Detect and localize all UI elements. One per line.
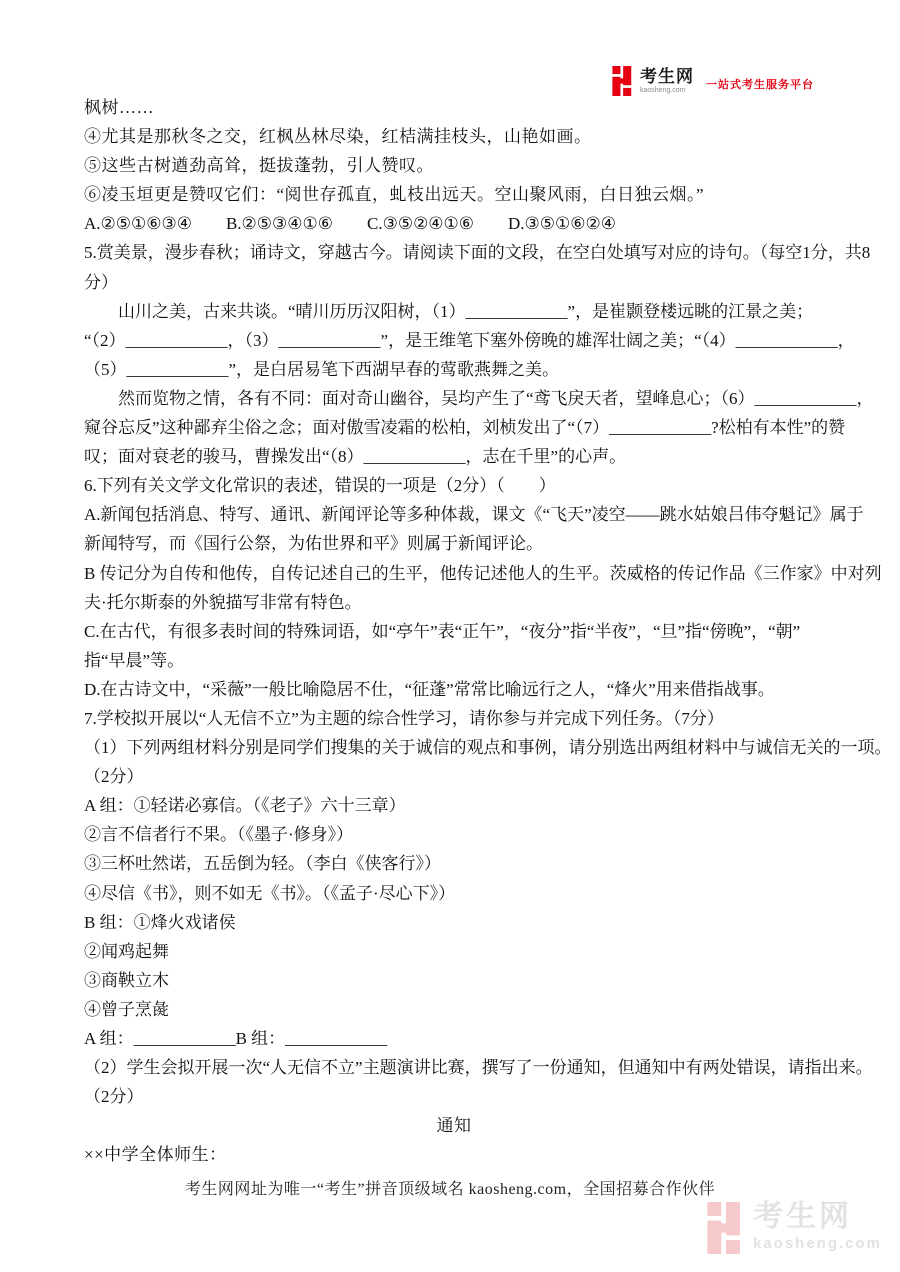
text-line: ④尤其是那秋冬之交，红枫丛林尽染，红桔满挂枝头，山艳如画。: [84, 122, 824, 151]
text-line: ④尽信《书》，则不如无《书》。（《孟子·尽心下》）: [84, 879, 824, 908]
text-line: （1）下列两组材料分别是同学们搜集的关于诚信的观点和事例，请分别选出两组材料中与…: [84, 733, 824, 762]
text-line: B 组：①烽火戏诸侯: [84, 908, 824, 937]
text-line: 窥谷忘反”这种鄙弃尘俗之念；面对傲雪凌霜的松柏，刘桢发出了“（7）_______…: [84, 413, 824, 442]
text-line: A 组：____________B 组：____________: [84, 1024, 824, 1053]
text-line: ②闻鸡起舞: [84, 937, 824, 966]
text-line: B 传记分为自传和他传，自传记述自己的生平，他传记述他人的生平。茨威格的传记作品…: [84, 559, 824, 588]
watermark-name: 考生网: [753, 1202, 882, 1232]
text-line: 然而览物之情，各有不同：面对奇山幽谷，吴均产生了“鸢飞戾天者，望峰息心；（6）_…: [84, 384, 824, 413]
text-line: ②言不信者行不果。（《墨子·修身》）: [84, 820, 824, 849]
brand-name: 考生网: [640, 68, 694, 85]
text-line: （2分）: [84, 762, 824, 791]
text-line: 7.学校拟开展以“人无信不立”为主题的综合性学习，请你参与并完成下列任务。（7分…: [84, 704, 824, 733]
text-line: ④曾子烹彘: [84, 995, 824, 1024]
text-line: 夫·托尔斯泰的外貌描写非常有特色。: [84, 588, 824, 617]
text-line: （2）学生会拟开展一次“人无信不立”主题演讲比赛，撰写了一份通知，但通知中有两处…: [84, 1053, 824, 1082]
text-line: （2分）: [84, 1082, 824, 1111]
kaosheng-h-icon: [610, 66, 634, 96]
brand-text-block: 考生网 kaosheng.com: [640, 68, 694, 94]
text-line: “（2）____________，（3）____________”，是王维笔下塞…: [84, 326, 824, 355]
text-line: A 组：①轻诺必寡信。（《老子》六十三章）: [84, 791, 824, 820]
text-line: D.在古诗文中，“采薇”一般比喻隐居不仕，“征蓬”常常比喻远行之人，“烽火”用来…: [84, 675, 824, 704]
text-line: 通知: [84, 1111, 824, 1140]
text-line: ⑤这些古树遒劲高耸，挺拔蓬勃，引人赞叹。: [84, 151, 824, 180]
text-line: 6.下列有关文学文化常识的表述，错误的一项是（2分）（ ）: [84, 471, 824, 500]
text-line: ××中学全体师生：: [84, 1140, 824, 1169]
exam-page: 考生网 kaosheng.com 一站式考生服务平台 枫树……④尤其是那秋冬之交…: [0, 0, 900, 1272]
text-line: （5）____________”，是白居易笔下西湖早春的莺歌燕舞之美。: [84, 355, 824, 384]
text-line: C.在古代，有很多表时间的特殊词语，如“亭午”表“正午”，“夜分”指“半夜”，“…: [84, 617, 824, 646]
text-line: ③商鞅立木: [84, 966, 824, 995]
text-line: ③三杯吐然诺，五岳倒为轻。（李白《侠客行》）: [84, 849, 824, 878]
text-line: 指“早晨”等。: [84, 646, 824, 675]
kaosheng-header-logo: 考生网 kaosheng.com 一站式考生服务平台: [610, 66, 814, 96]
text-line: A.②⑤①⑥③④ B.②⑤③④①⑥ C.③⑤②④①⑥ D.③⑤①⑥②④: [84, 209, 824, 238]
text-line: ⑥凌玉垣更是赞叹它们：“阅世存孤直，虬枝出远天。空山聚风雨，白日独云烟。”: [84, 180, 824, 209]
text-line: 分）: [84, 268, 824, 297]
text-line: A.新闻包括消息、特写、通讯、新闻评论等多种体裁，课文《“飞天”凌空——跳水姑娘…: [84, 500, 824, 529]
text-line: 山川之美，古来共谈。“晴川历历汉阳树，（1）____________”，是崔颢登…: [84, 297, 824, 326]
kaosheng-watermark: 考生网 kaosheng.com: [705, 1202, 882, 1254]
kaosheng-h-watermark-icon: [705, 1202, 743, 1254]
footer-slogan: 考生网网址为唯一“考生”拼音顶级域名 kaosheng.com，全国招募合作伙伴: [0, 1176, 900, 1199]
text-line: 枫树……: [84, 93, 824, 122]
text-line: 5.赏美景，漫步春秋；诵诗文，穿越古今。请阅读下面的文段，在空白处填写对应的诗句…: [84, 238, 824, 267]
watermark-text-block: 考生网 kaosheng.com: [753, 1202, 882, 1251]
text-line: 新闻特写，而《国行公祭，为佑世界和平》则属于新闻评论。: [84, 529, 824, 558]
brand-tagline: 一站式考生服务平台: [706, 76, 814, 92]
watermark-domain: kaosheng.com: [753, 1236, 882, 1251]
document-lines: 枫树……④尤其是那秋冬之交，红枫丛林尽染，红桔满挂枝头，山艳如画。⑤这些古树遒劲…: [84, 93, 824, 1169]
text-line: 叹；面对衰老的骏马，曹操发出“（8）____________，志在千里”的心声。: [84, 442, 824, 471]
